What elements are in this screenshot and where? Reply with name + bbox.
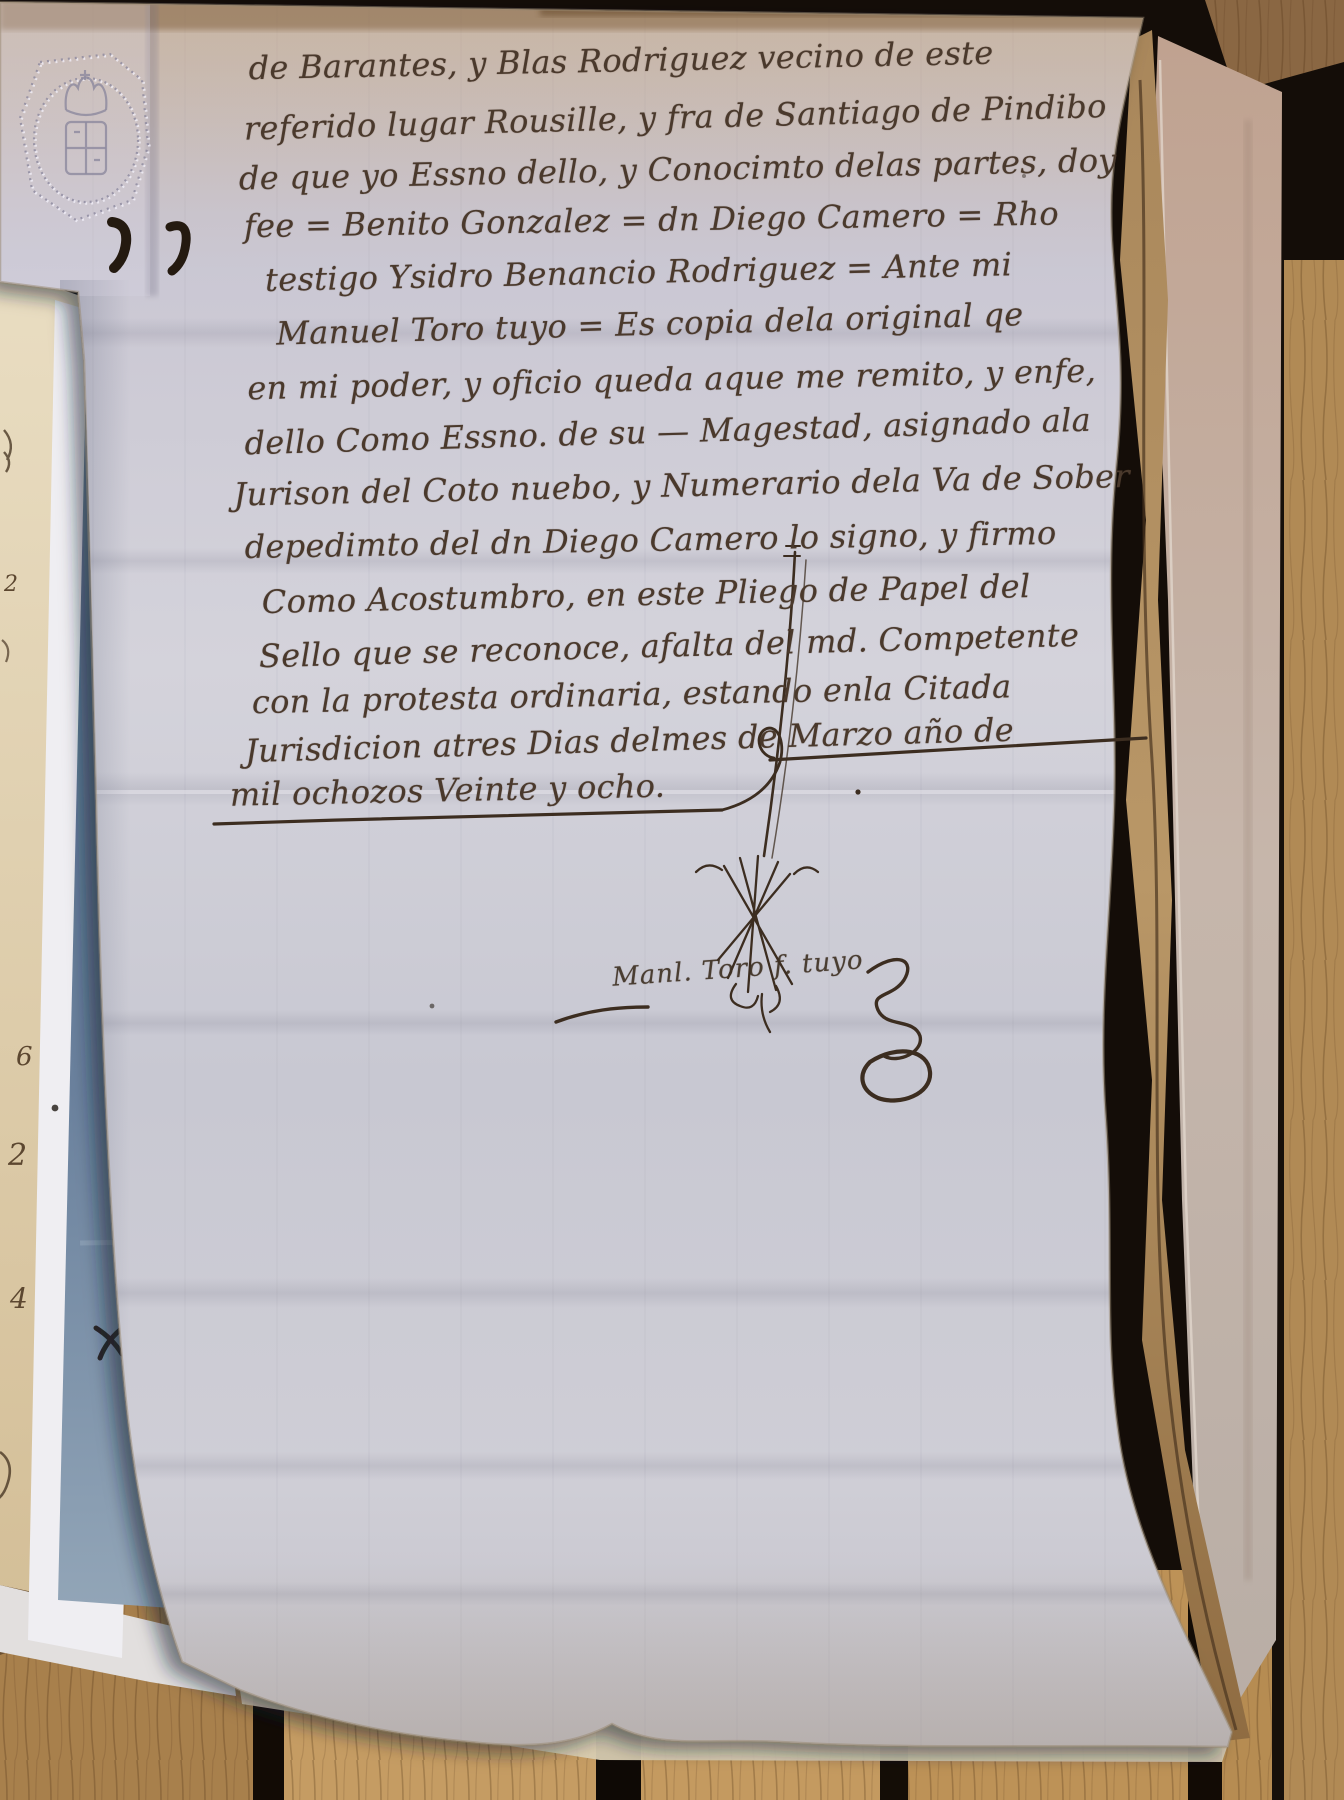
- manuscript-line: en mi poder, y oficio queda aque me remi…: [247, 352, 1096, 408]
- wood-plank-right: [1272, 260, 1344, 1800]
- fold-crease: [0, 1278, 1200, 1308]
- margin-fragment: 2: [4, 572, 18, 597]
- margin-fragment: 6: [16, 1042, 33, 1072]
- manuscript-line: referido lugar Rousille, y fra de Santia…: [243, 87, 1107, 148]
- manuscript-line: fee = Benito Gonzalez = dn Diego Camero …: [244, 194, 1060, 245]
- margin-fragment: 2: [8, 1138, 27, 1173]
- manuscript-line: testigo Ysidro Benancio Rodriguez = Ante…: [265, 245, 1013, 299]
- fold-crease: [0, 1452, 1200, 1480]
- manuscript-line: de que yo Essno dello, y Conocimto delas…: [239, 141, 1118, 197]
- manuscript-photo: de Barantes, y Blas Rodriguez vecino de …: [0, 0, 1344, 1800]
- manuscript-line: Jurison del Coto nuebo, y Numerario dela…: [233, 457, 1130, 514]
- manuscript-text-block: de Barantes, y Blas Rodriguez vecino de …: [212, 19, 1129, 858]
- manuscript-line: de Barantes, y Blas Rodriguez vecino de …: [248, 34, 994, 88]
- manuscript-line: Como Acostumbro, en este Pliego de Papel…: [261, 567, 1030, 621]
- manuscript-line: Jurisdicion atres Dias delmes de Marzo a…: [244, 711, 1014, 770]
- manuscript-line: dello Como Essno. de su — Magestad, asig…: [244, 401, 1091, 463]
- manuscript-line: Sello que se reconoce, afalta del md. Co…: [258, 616, 1079, 675]
- manuscript-line: mil ochozos Veinte y ocho.: [229, 767, 665, 814]
- manuscript-line: Manuel Toro tuyo = Es copia dela origina…: [276, 295, 1024, 353]
- margin-fragment: 4: [10, 1282, 28, 1315]
- ink-speck: [430, 1004, 435, 1009]
- manuscript-line: depedimto del dn Diego Camero lo signo, …: [244, 514, 1057, 566]
- ink-speck: [52, 1105, 59, 1112]
